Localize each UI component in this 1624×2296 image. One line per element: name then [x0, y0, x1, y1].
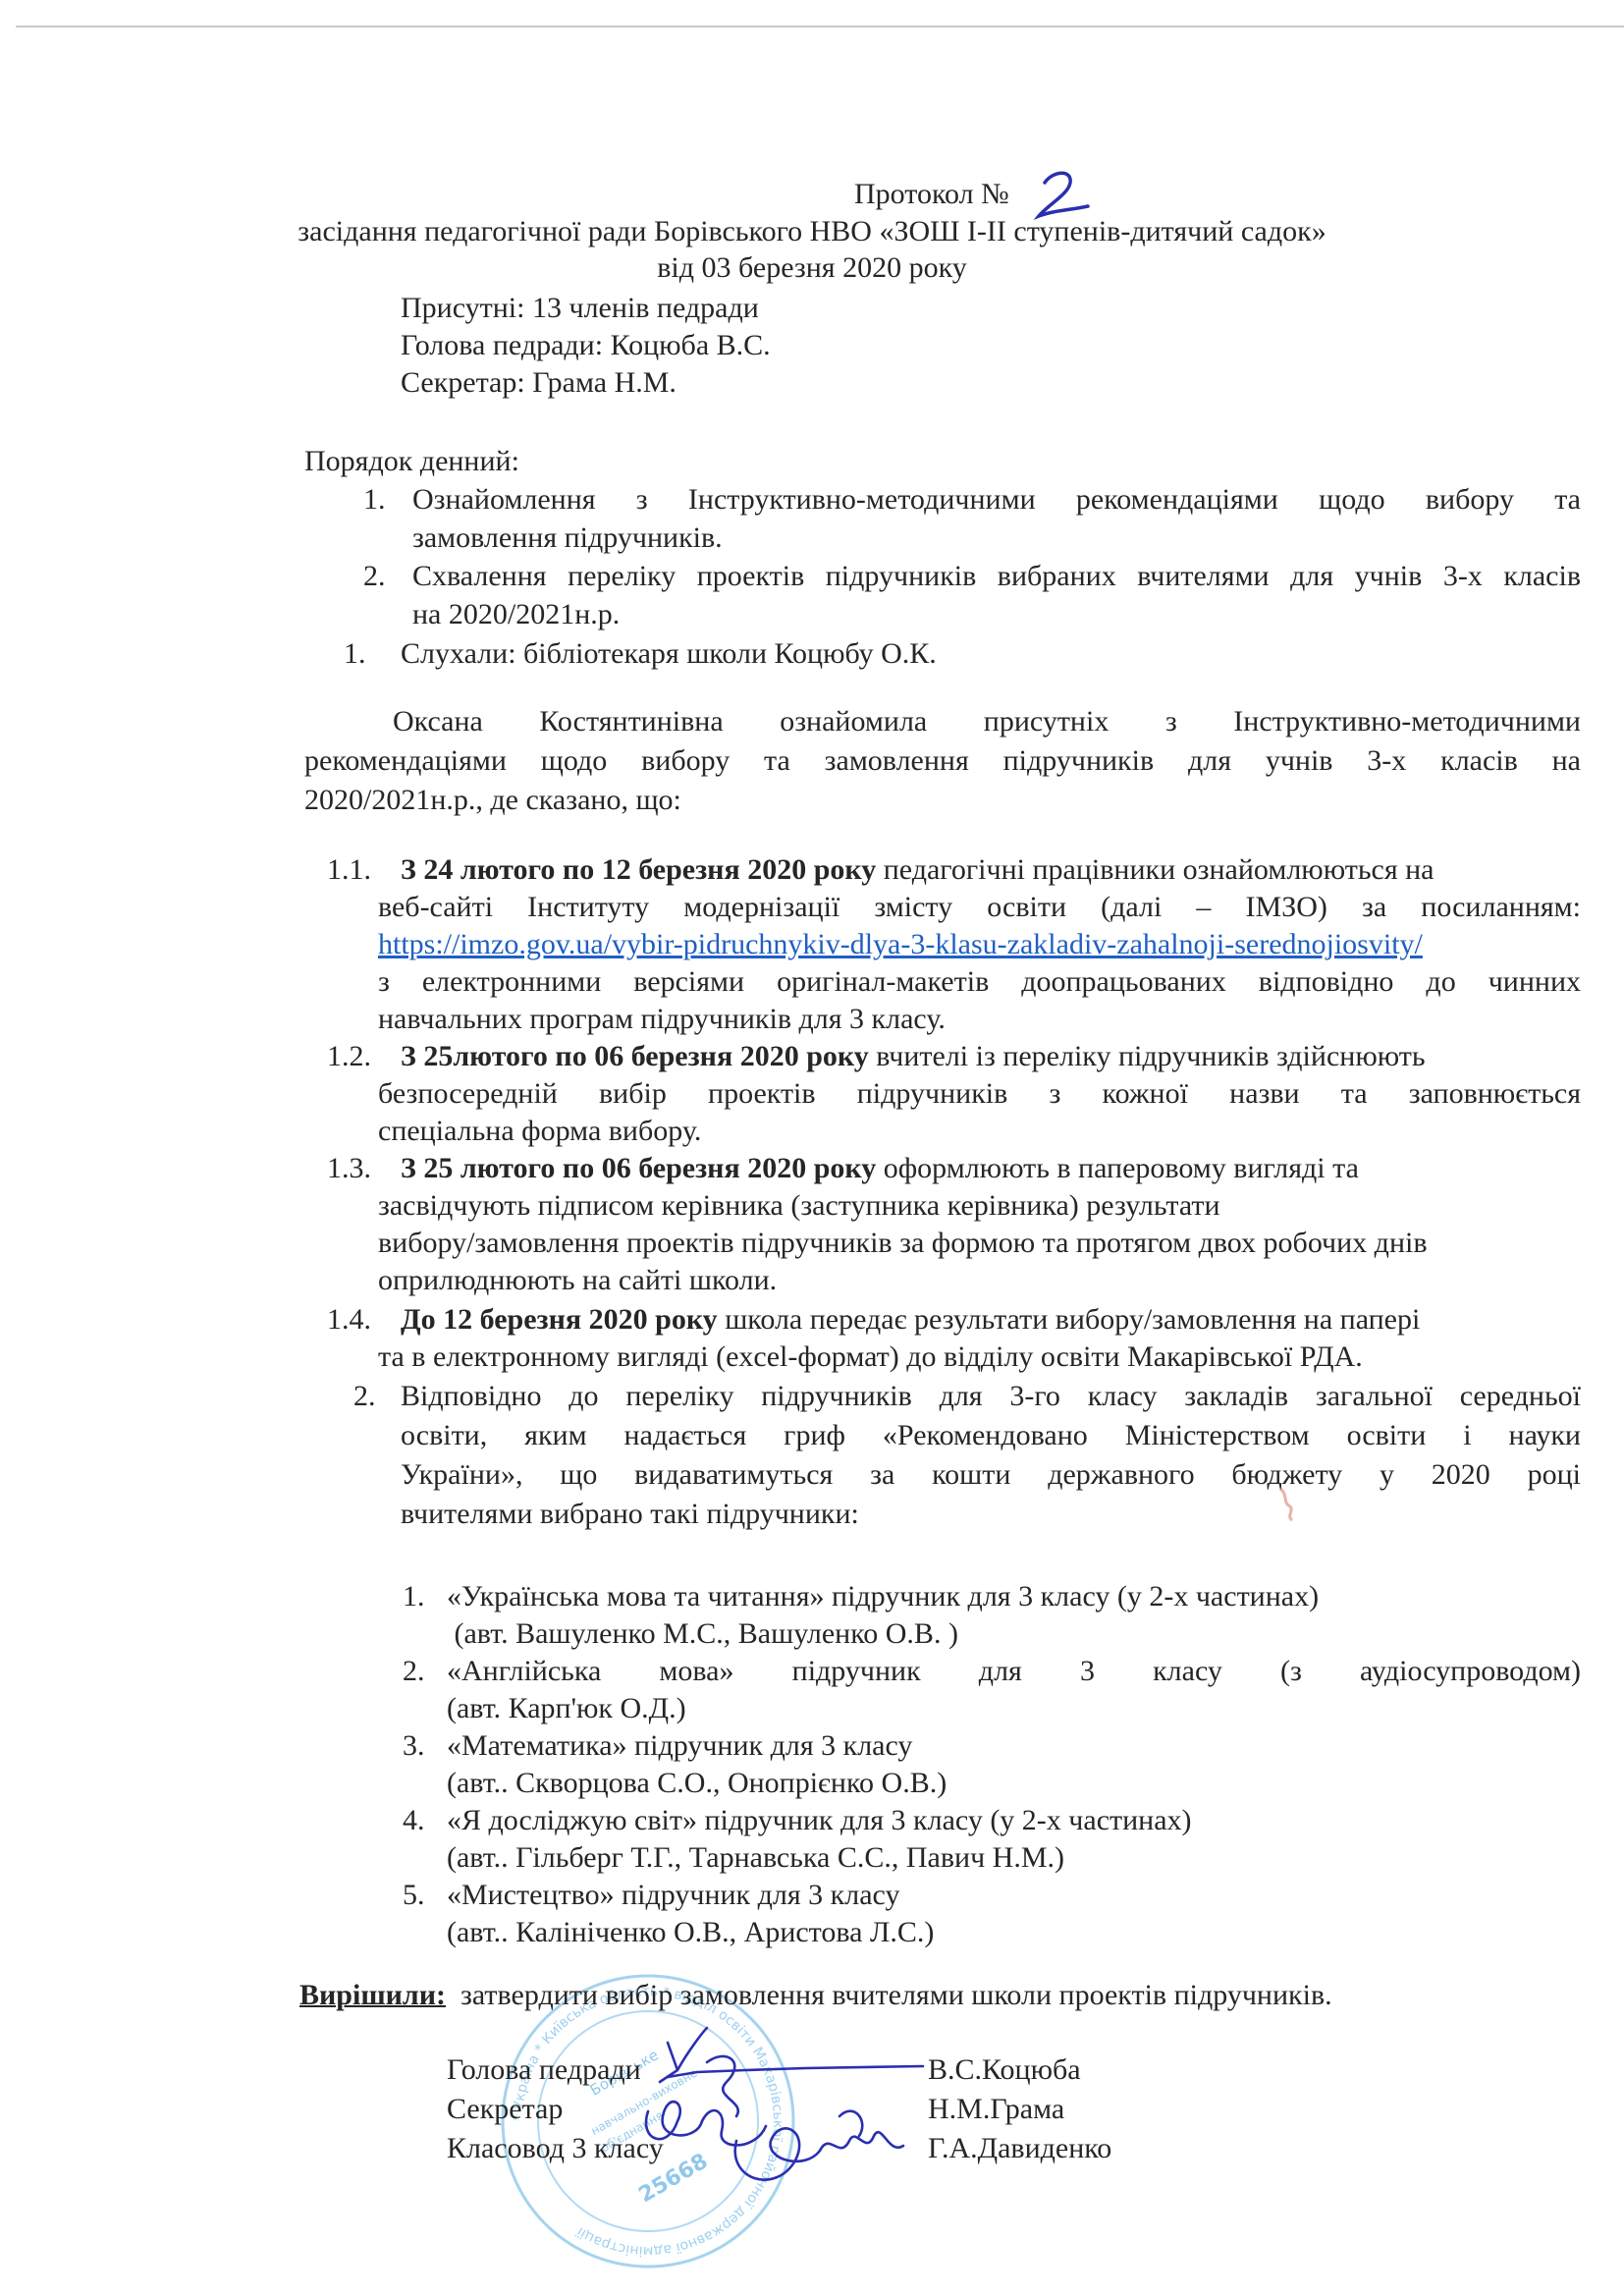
textbook-5-title: «Мистецтво» підручник для 3 класу: [447, 1878, 899, 1913]
signature-name-class-teacher: Г.А.Давиденко: [928, 2131, 1111, 2166]
agenda-title: Порядок денний:: [304, 444, 519, 479]
subitem-1-4-num: 1.4.: [327, 1302, 371, 1338]
textbook-1-title: «Українська мова та читання» підручник д…: [447, 1579, 1319, 1614]
textbook-4-authors: (авт.. Гільберг Т.Г., Тарнавська С.С., П…: [447, 1840, 1064, 1876]
signature-role-secretary: Секретар: [447, 2092, 563, 2127]
textbook-2-title: «Англійська мова» підручник для 3 класу …: [447, 1654, 1581, 1689]
textbook-1-num: 1.: [403, 1579, 425, 1614]
subitem-1-3-dates: З 25 лютого по 06 березня 2020 року: [401, 1152, 876, 1184]
subitem-1-4-text: школа передає результати вибору/замовлен…: [718, 1303, 1421, 1336]
imzo-link[interactable]: https://imzo.gov.ua/vybir-pidruchnykiv-d…: [378, 927, 1423, 962]
agenda-item-2-num: 2.: [363, 559, 386, 594]
agenda-item-1: Ознайомлення з Інструктивно-методичними …: [412, 482, 1581, 518]
textbook-4-num: 4.: [403, 1803, 425, 1838]
subitem-1-2-num: 1.2.: [327, 1039, 371, 1074]
protocol-date: від 03 березня 2020 року: [0, 250, 1624, 286]
decision-label: Вирішили:: [299, 1979, 446, 2011]
point-2-num: 2.: [353, 1379, 376, 1414]
protocol-title: Протокол №: [854, 177, 1009, 212]
subitem-1-3-cont-3: оприлюднюють на сайті школи.: [378, 1263, 777, 1298]
point-2-line-1: Відповідно до переліку підручників для 3…: [401, 1379, 1581, 1414]
decision-line: Вирішили: затвердити вибір замовлення вч…: [299, 1978, 1332, 2013]
textbook-2-num: 2.: [403, 1654, 425, 1689]
intro-line-3: 2020/2021н.р., де сказано, що:: [304, 783, 681, 818]
subitem-1-4-dates: До 12 березня 2020 року: [401, 1303, 718, 1336]
agenda-item-2-cont: на 2020/2021н.р.: [412, 597, 620, 632]
textbook-3-title: «Математика» підручник для 3 класу: [447, 1728, 912, 1764]
agenda-item-1-cont: замовлення підручників.: [412, 520, 723, 556]
scan-edge-line: [16, 26, 1624, 27]
red-ink-mark: [1274, 1485, 1300, 1524]
subitem-1-3-cont-1: засвідчують підписом керівника (заступни…: [378, 1188, 1220, 1224]
textbook-3-num: 3.: [403, 1728, 425, 1764]
protocol-subtitle: засідання педагогічної ради Борівського …: [0, 214, 1624, 249]
subitem-1-3-line: З 25 лютого по 06 березня 2020 року офор…: [401, 1151, 1359, 1186]
textbook-2-authors: (авт. Карп'юк О.Д.): [447, 1691, 686, 1726]
subitem-1-1-num: 1.1.: [327, 852, 371, 888]
point-2-line-4: вчителями вибрано такі підручники:: [401, 1497, 859, 1532]
textbook-1-authors: (авт. Вашуленко М.С., Вашуленко О.В. ): [447, 1616, 958, 1652]
subitem-1-1-dates: З 24 лютого по 12 березня 2020 року: [401, 853, 876, 886]
decision-text: затвердити вибір замовлення вчителями шк…: [446, 1979, 1332, 2011]
textbook-3-authors: (авт.. Скворцова С.О., Онопрієнко О.В.): [447, 1766, 947, 1801]
subitem-1-3-text: оформлюють в паперовому вигляді та: [876, 1152, 1359, 1184]
intro-line-2: рекомендаціями щодо вибору та замовлення…: [304, 743, 1581, 779]
textbook-5-authors: (авт.. Калініченко О.В., Аристова Л.С.): [447, 1915, 934, 1950]
point-2-line-3: України», що видаватимуться за кошти дер…: [401, 1457, 1581, 1493]
textbook-5-num: 5.: [403, 1878, 425, 1913]
subitem-1-3-cont-2: вибору/замовлення проектів підручників з…: [378, 1226, 1428, 1261]
signature-name-chair: В.С.Коцюба: [928, 2052, 1081, 2088]
agenda-item-1-num: 1.: [363, 482, 386, 518]
secretary-line: Секретар: Грама Н.М.: [401, 365, 677, 401]
intro-line-1: Оксана Костянтинівна ознайомила присутні…: [393, 704, 1581, 739]
subitem-1-3-num: 1.3.: [327, 1151, 371, 1186]
subitem-1-1-text: педагогічні працівники ознайомлюються на: [876, 853, 1434, 886]
textbook-4-title: «Я досліджую світ» підручник для 3 класу…: [447, 1803, 1192, 1838]
chair-line: Голова педради: Коцюба В.С.: [401, 328, 771, 363]
handwritten-signatures: [609, 2023, 933, 2210]
subitem-1-2-dates: З 25лютого по 06 березня 2020 року: [401, 1040, 869, 1072]
subitem-1-2-line: З 25лютого по 06 березня 2020 року вчите…: [401, 1039, 1426, 1074]
heard-line: Слухали: бібліотекаря школи Коцюбу О.К.: [401, 636, 937, 672]
subitem-1-1-after-1: з електронними версіями оригінал-макетів…: [378, 964, 1581, 1000]
present-count: Присутні: 13 членів педради: [401, 291, 759, 326]
heard-num: 1.: [344, 636, 366, 672]
agenda-item-2: Схвалення переліку проектів підручників …: [412, 559, 1581, 594]
subitem-1-4-line: До 12 березня 2020 року школа передає ре…: [401, 1302, 1420, 1338]
point-2-line-2: освіти, яким надається гриф «Рекомендова…: [401, 1418, 1581, 1453]
subitem-1-1-after-2: навчальних програм підручників для 3 кла…: [378, 1002, 946, 1037]
subitem-1-2-text: вчителі із переліку підручників здійснюю…: [869, 1040, 1426, 1072]
signature-name-secretary: Н.М.Грама: [928, 2092, 1064, 2127]
subitem-1-1-line: З 24 лютого по 12 березня 2020 року педа…: [401, 852, 1435, 888]
subitem-1-4-cont: та в електронному вигляді (excel-формат)…: [378, 1339, 1363, 1375]
subitem-1-1-cont: веб-сайті Інституту модернізації змісту …: [378, 890, 1581, 925]
subitem-1-2-cont-2: спеціальна форма вибору.: [378, 1114, 701, 1149]
subitem-1-2-cont-1: безпосередній вибір проектів підручників…: [378, 1076, 1581, 1112]
